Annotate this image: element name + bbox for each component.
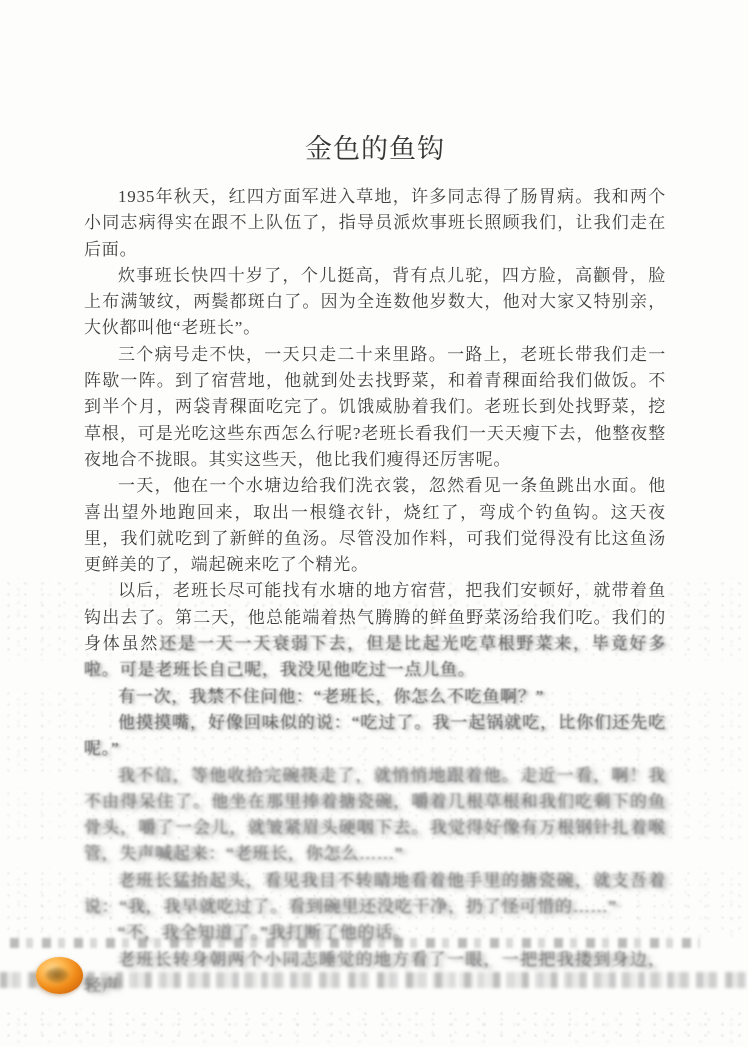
text-paragraph: 他摸摸嘴，好像回味似的说：“吃过了。我一起锅就吃，比你们还先吃呢。”	[84, 710, 666, 763]
clear-text-segment: 三个病号走不快，一天只走二十来里路。一路上，老班长带我们走一阵歇一阵。到了宿营地…	[84, 345, 666, 469]
text-paragraph: 炊事班长快四十岁了，个儿挺高，背有点儿驼，四方脸，高颧骨，脸上布满皱纹，两鬓都斑…	[84, 263, 666, 342]
text-paragraph: 老班长猛抬起头，看见我目不转睛地看着他手里的搪瓷碗，就支吾着说：“我，我早就吃过…	[84, 868, 666, 921]
scan-ghost-text-artifact	[0, 972, 748, 988]
clear-text-segment: 一天，他在一个水塘边给我们洗衣裳，忽然看见一条鱼跳出水面。他喜出望外地跑回来，取…	[84, 476, 666, 574]
smeared-text-segment: 我不信，等他收拾完碗筷走了，就悄悄地跟着他。走近一看，啊！我不由得呆住了。他坐在…	[84, 766, 666, 864]
clear-text-segment: 炊事班长快四十岁了，个儿挺高，背有点儿驼，四方脸，高颧骨，脸上布满皱纹，两鬓都斑…	[84, 266, 666, 338]
text-paragraph: 以后，老班长尽可能找有水塘的地方宿营，把我们安顿好，就带着鱼钩出去了。第二天，他…	[84, 578, 666, 683]
page-number-badge	[36, 957, 83, 994]
text-paragraph: 三个病号走不快，一天只走二十来里路。一路上，老班长带我们走一阵歇一阵。到了宿营地…	[84, 342, 666, 473]
smeared-text-segment: 还是一天一天衰弱下去，但是比起光吃草根野菜来，毕竟好多啦。可是老班长自己呢，我没…	[84, 634, 666, 679]
textbook-page: 金色的鱼钩 1935年秋天，红四方面军进入草地，许多同志得了肠胃病。我和两个小同…	[0, 0, 748, 1047]
smeared-text-segment: 有一次，我禁不住问他：“老班长，你怎么不吃鱼啊？”	[118, 687, 544, 706]
text-paragraph: 1935年秋天，红四方面军进入草地，许多同志得了肠胃病。我和两个小同志病得实在跟…	[84, 184, 666, 263]
smeared-text-segment: 老班长猛抬起头，看见我目不转睛地看着他手里的搪瓷碗，就支吾着说：“我，我早就吃过…	[84, 871, 666, 916]
smeared-text-segment: 他摸摸嘴，好像回味似的说：“吃过了。我一起锅就吃，比你们还先吃呢。”	[84, 713, 666, 758]
text-paragraph: 有一次，我禁不住问他：“老班长，你怎么不吃鱼啊？”	[84, 684, 666, 710]
article-body: 1935年秋天，红四方面军进入草地，许多同志得了肠胃病。我和两个小同志病得实在跟…	[84, 184, 666, 999]
text-paragraph: 我不信，等他收拾完碗筷走了，就悄悄地跟着他。走近一看，啊！我不由得呆住了。他坐在…	[84, 763, 666, 868]
scan-ghost-text-artifact	[10, 938, 700, 948]
lesson-title: 金色的鱼钩	[84, 127, 666, 166]
text-paragraph: 一天，他在一个水塘边给我们洗衣裳，忽然看见一条鱼跳出水面。他喜出望外地跑回来，取…	[84, 473, 666, 578]
badge-number-smudge	[45, 967, 69, 983]
scan-noise-band	[0, 1008, 748, 1044]
clear-text-segment: 1935年秋天，红四方面军进入草地，许多同志得了肠胃病。我和两个小同志病得实在跟…	[84, 187, 666, 259]
